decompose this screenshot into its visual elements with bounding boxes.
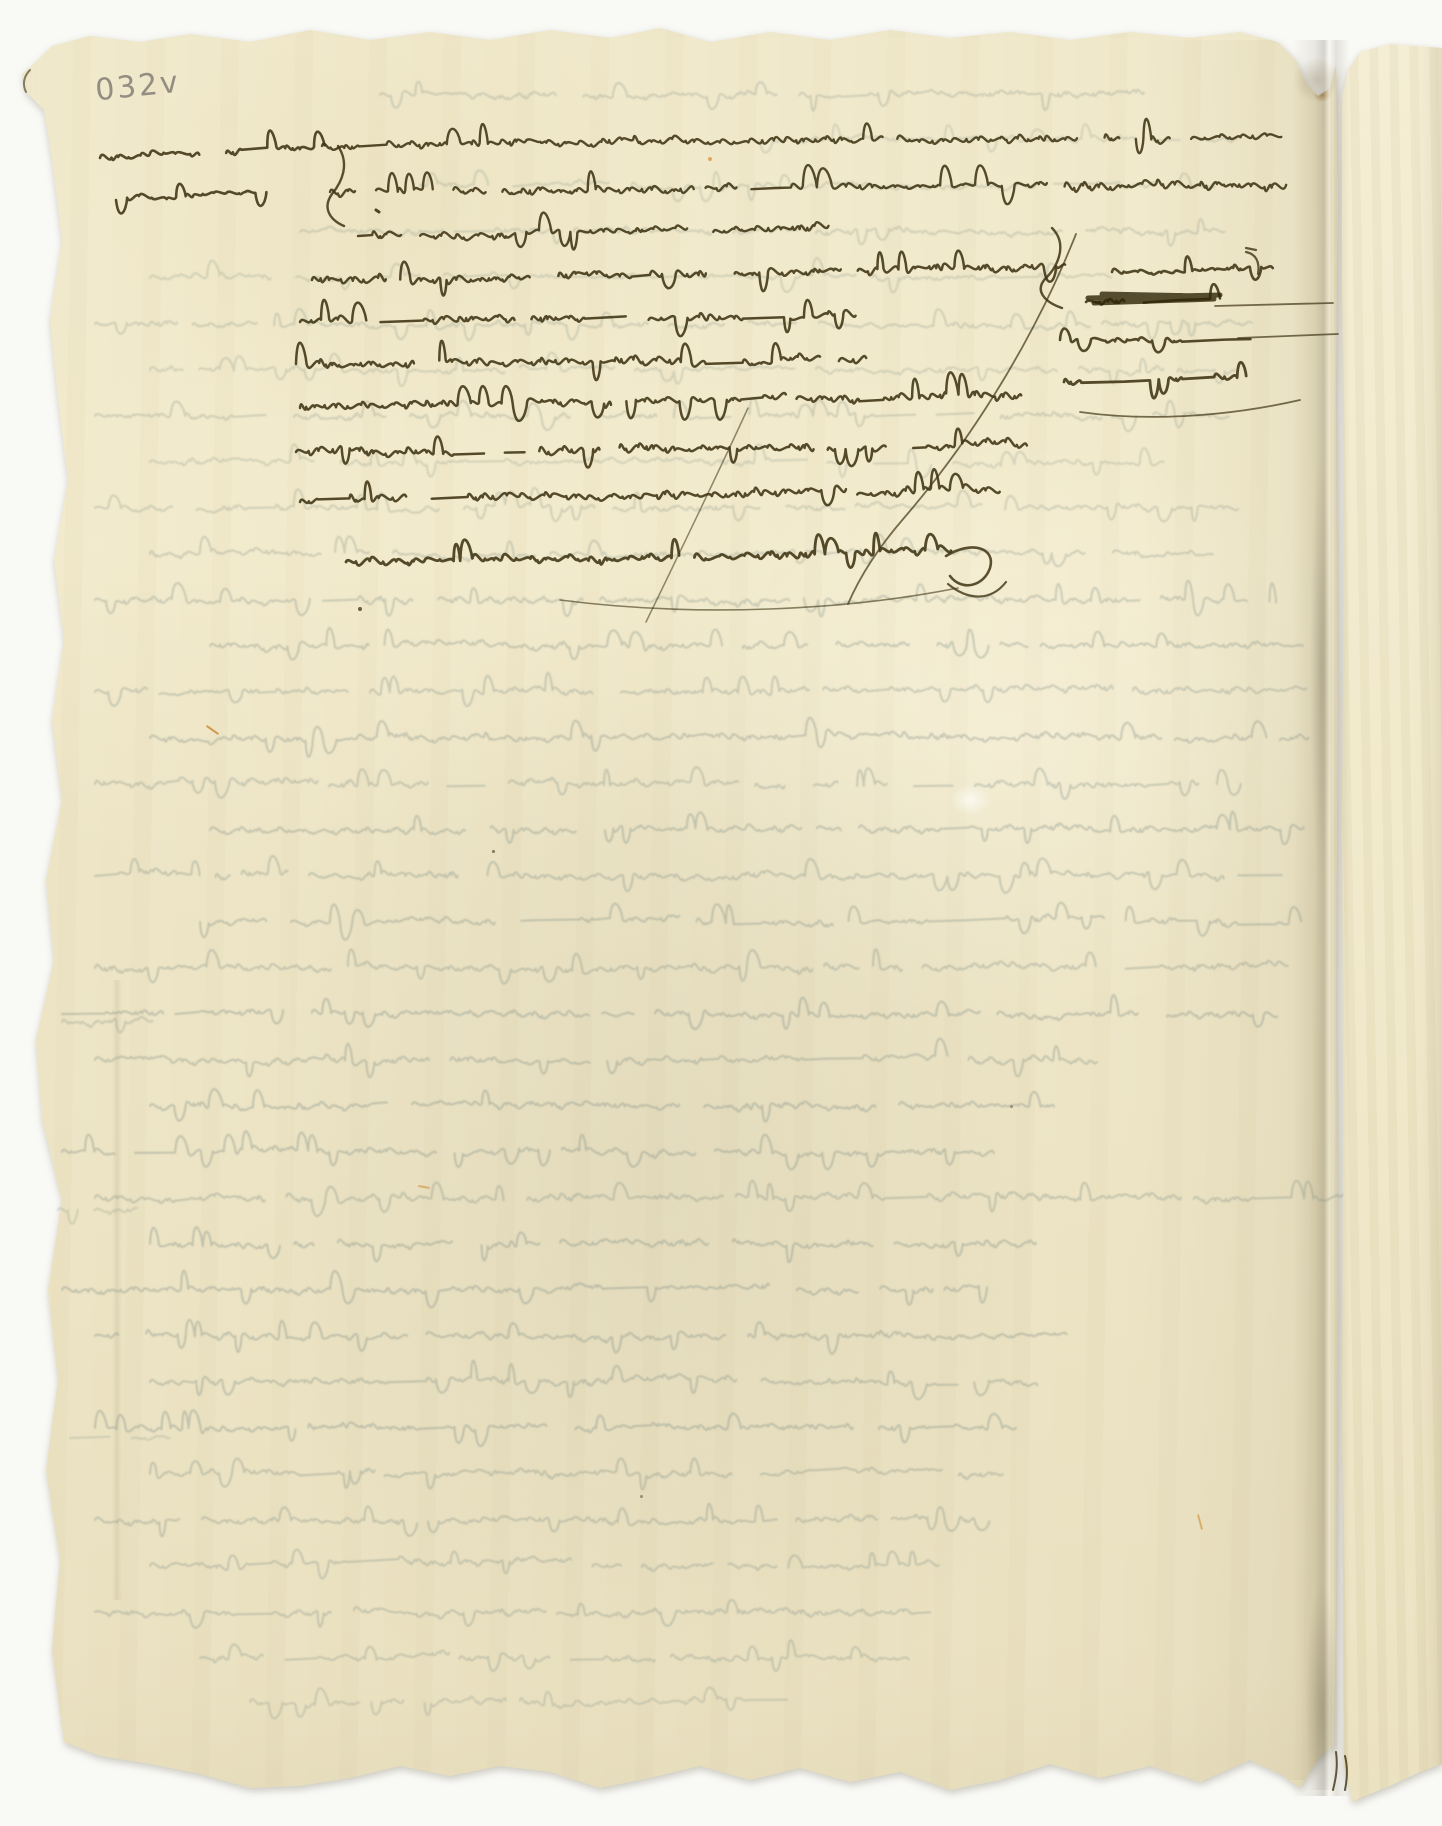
ink-speck [492,850,495,853]
adjacent-folio-sheet [0,0,1442,1826]
fold-top-notch-shade [1284,48,1348,112]
ink-speck [640,1495,643,1498]
adjacent-folio-edge [0,0,1442,1826]
binding-fold-shadow-bottom [1300,1520,1344,1790]
document-scan: 032v [0,0,1442,1826]
binding-fold-shadow-mid [1306,380,1336,960]
fiber-fleck [708,157,712,161]
ink-speck [358,607,362,611]
ink-speck [1010,1105,1013,1108]
